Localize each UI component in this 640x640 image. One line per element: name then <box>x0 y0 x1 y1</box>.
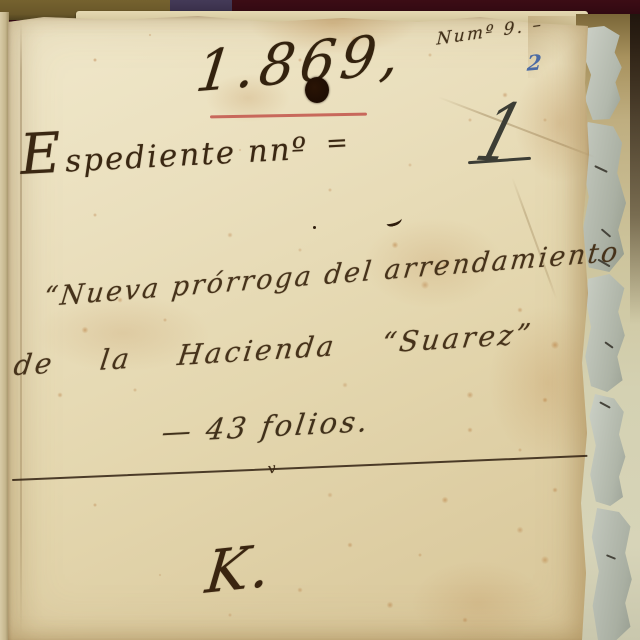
left-cover-edge <box>0 12 9 640</box>
expediente-equals-mark: = <box>325 130 349 157</box>
blue-index-number: 2 <box>526 51 542 73</box>
book-edge-shadow <box>630 14 640 324</box>
bottom-initial: K. <box>203 536 275 602</box>
photographed-manuscript-page: 1.869, Numº 9. – 2 1 Espediente nnº= “Nu… <box>0 0 640 640</box>
ink-dot <box>313 226 316 229</box>
ink-blot <box>305 77 329 103</box>
